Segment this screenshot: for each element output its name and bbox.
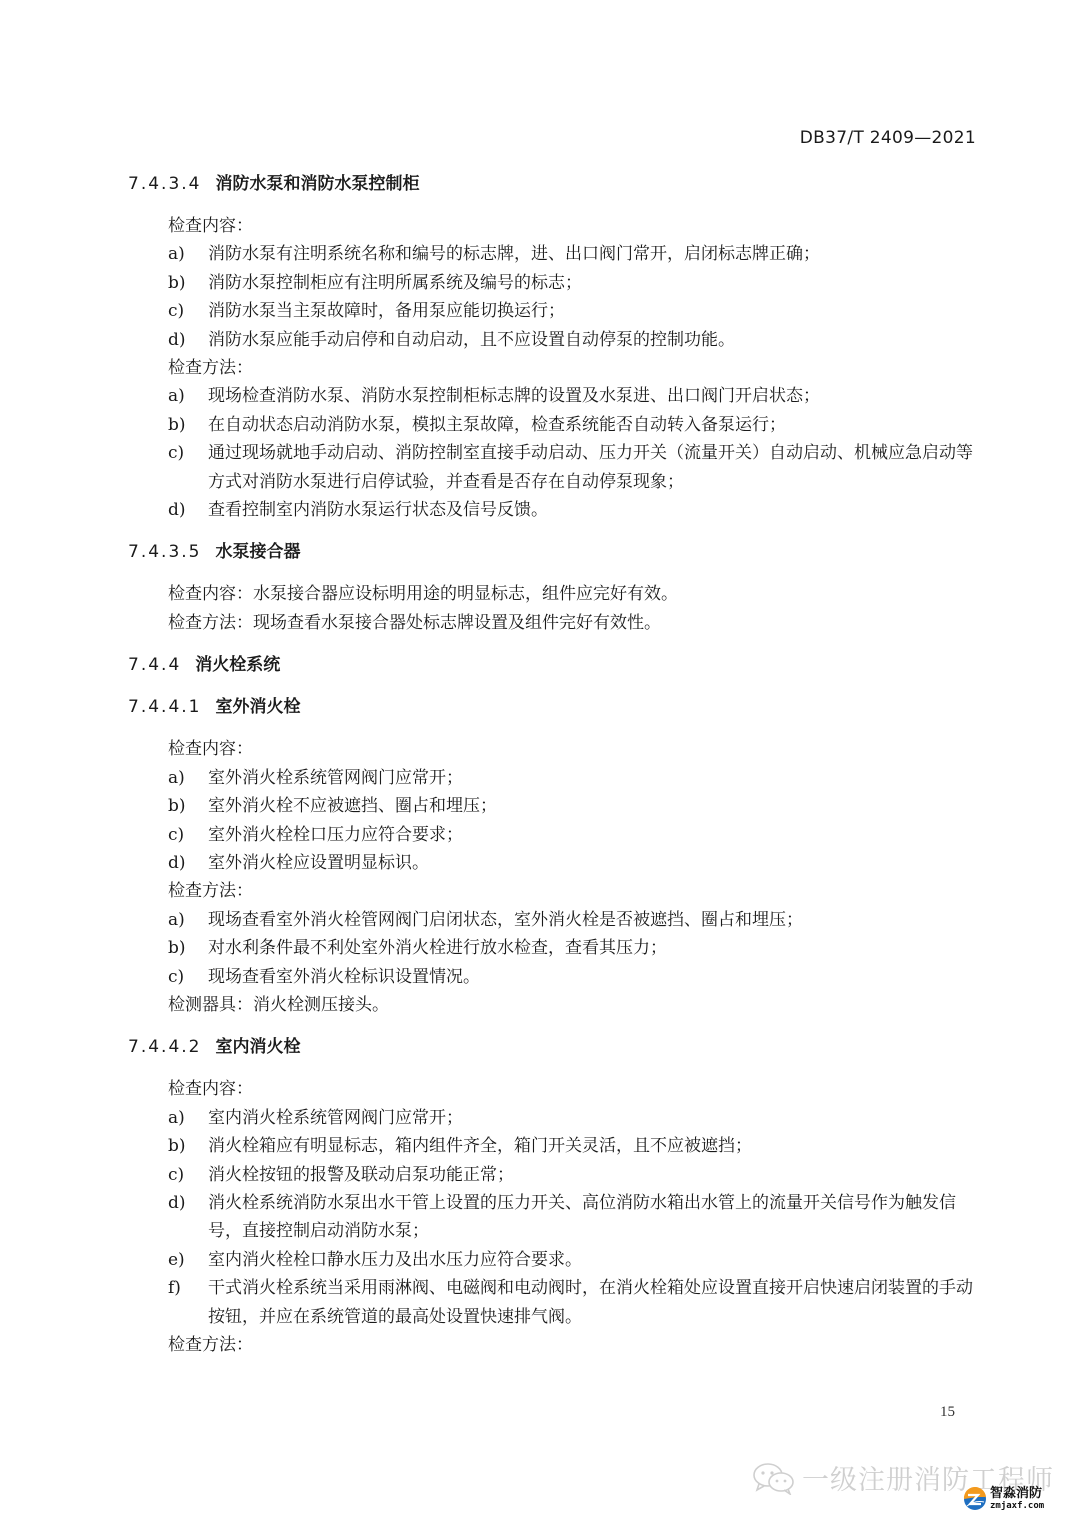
section-title: 消防水泵和消防水泵控制柜 xyxy=(215,174,419,194)
section-title: 消火栓系统 xyxy=(195,655,280,675)
list-item: c)通过现场就地手动启动、消防控制室直接手动启动、压力开关（流量开关）自动启动、… xyxy=(128,439,978,496)
list-item: b)消火栓箱应有明显标志，箱内组件齐全，箱门开关灵活，且不应被遮挡； xyxy=(128,1132,978,1160)
logo-url: zmjaxf.com xyxy=(990,1502,1044,1511)
section-number: 7.4.4.2 xyxy=(128,1033,201,1061)
document-page: DB37/T 2409—2021 7.4.3.4消防水泵和消防水泵控制柜 检查内… xyxy=(0,0,1080,1528)
section-heading-7442: 7.4.4.2室内消火栓 xyxy=(128,1033,978,1061)
list-item: d)查看控制室内消防水泵运行状态及信号反馈。 xyxy=(128,496,978,524)
content-label: 检查内容： xyxy=(128,212,978,240)
section-title: 室内消火栓 xyxy=(215,1037,300,1057)
content-label: 检查内容： xyxy=(128,735,978,763)
method-label: 检查方法： xyxy=(128,354,978,382)
site-logo: 智淼消防 zmjaxf.com xyxy=(963,1487,1044,1511)
list-item: d)消防水泵应能手动启停和自动启动，且不应设置自动停泵的控制功能。 xyxy=(128,326,978,354)
list-item: a)室内消火栓系统管网阀门应常开； xyxy=(128,1104,978,1132)
list-item: b)室外消火栓不应被遮挡、圈占和埋压； xyxy=(128,792,978,820)
list-item: f)干式消火栓系统当采用雨淋阀、电磁阀和电动阀时，在消火栓箱处应设置直接开启快速… xyxy=(128,1274,978,1331)
section-title: 室外消火栓 xyxy=(215,697,300,717)
standard-code: DB37/T 2409—2021 xyxy=(800,128,976,148)
list-item: b)对水利条件最不利处室外消火栓进行放水检查，查看其压力； xyxy=(128,934,978,962)
section-heading-7435: 7.4.3.5水泵接合器 xyxy=(128,538,978,566)
section-number: 7.4.3.4 xyxy=(128,170,201,198)
list-item: b)消防水泵控制柜应有注明所属系统及编号的标志； xyxy=(128,269,978,297)
method-label: 检查方法： xyxy=(128,1331,978,1359)
list-item: b)在自动状态启动消防水泵，模拟主泵故障，检查系统能否自动转入备泵运行； xyxy=(128,411,978,439)
list-item: c)现场查看室外消火栓标识设置情况。 xyxy=(128,963,978,991)
section-title: 水泵接合器 xyxy=(215,542,300,562)
section-number: 7.4.4 xyxy=(128,651,181,679)
list-item: a)室外消火栓系统管网阀门应常开； xyxy=(128,764,978,792)
section-number: 7.4.3.5 xyxy=(128,538,201,566)
document-body: 7.4.3.4消防水泵和消防水泵控制柜 检查内容： a)消防水泵有注明系统名称和… xyxy=(128,170,978,1359)
page-number: 15 xyxy=(940,1404,955,1421)
logo-name: 智淼消防 xyxy=(990,1487,1044,1500)
wechat-icon xyxy=(752,1461,796,1495)
list-item: a)消防水泵有注明系统名称和编号的标志牌，进、出口阀门常开，启闭标志牌正确； xyxy=(128,240,978,268)
section-heading-744: 7.4.4消火栓系统 xyxy=(128,651,978,679)
list-item: d)室外消火栓应设置明显标识。 xyxy=(128,849,978,877)
section-number: 7.4.4.1 xyxy=(128,693,201,721)
zm-logo-icon xyxy=(963,1487,987,1511)
method-line: 检查方法：现场查看水泵接合器处标志牌设置及组件完好有效性。 xyxy=(128,609,978,637)
method-label: 检查方法： xyxy=(128,877,978,905)
list-item: c)消火栓按钮的报警及联动启泵功能正常； xyxy=(128,1161,978,1189)
list-item: c)消防水泵当主泵故障时，备用泵应能切换运行； xyxy=(128,297,978,325)
list-item: c)室外消火栓栓口压力应符合要求； xyxy=(128,821,978,849)
tools-line: 检测器具：消火栓测压接头。 xyxy=(128,991,978,1019)
list-item: a)现场查看室外消火栓管网阀门启闭状态，室外消火栓是否被遮挡、圈占和埋压； xyxy=(128,906,978,934)
content-line: 检查内容：水泵接合器应设标明用途的明显标志，组件应完好有效。 xyxy=(128,580,978,608)
list-item: d)消火栓系统消防水泵出水干管上设置的压力开关、高位消防水箱出水管上的流量开关信… xyxy=(128,1189,978,1246)
list-item: e)室内消火栓栓口静水压力及出水压力应符合要求。 xyxy=(128,1246,978,1274)
section-heading-7434: 7.4.3.4消防水泵和消防水泵控制柜 xyxy=(128,170,978,198)
list-item: a)现场检查消防水泵、消防水泵控制柜标志牌的设置及水泵进、出口阀门开启状态； xyxy=(128,382,978,410)
content-label: 检查内容： xyxy=(128,1075,978,1103)
section-heading-7441: 7.4.4.1室外消火栓 xyxy=(128,693,978,721)
